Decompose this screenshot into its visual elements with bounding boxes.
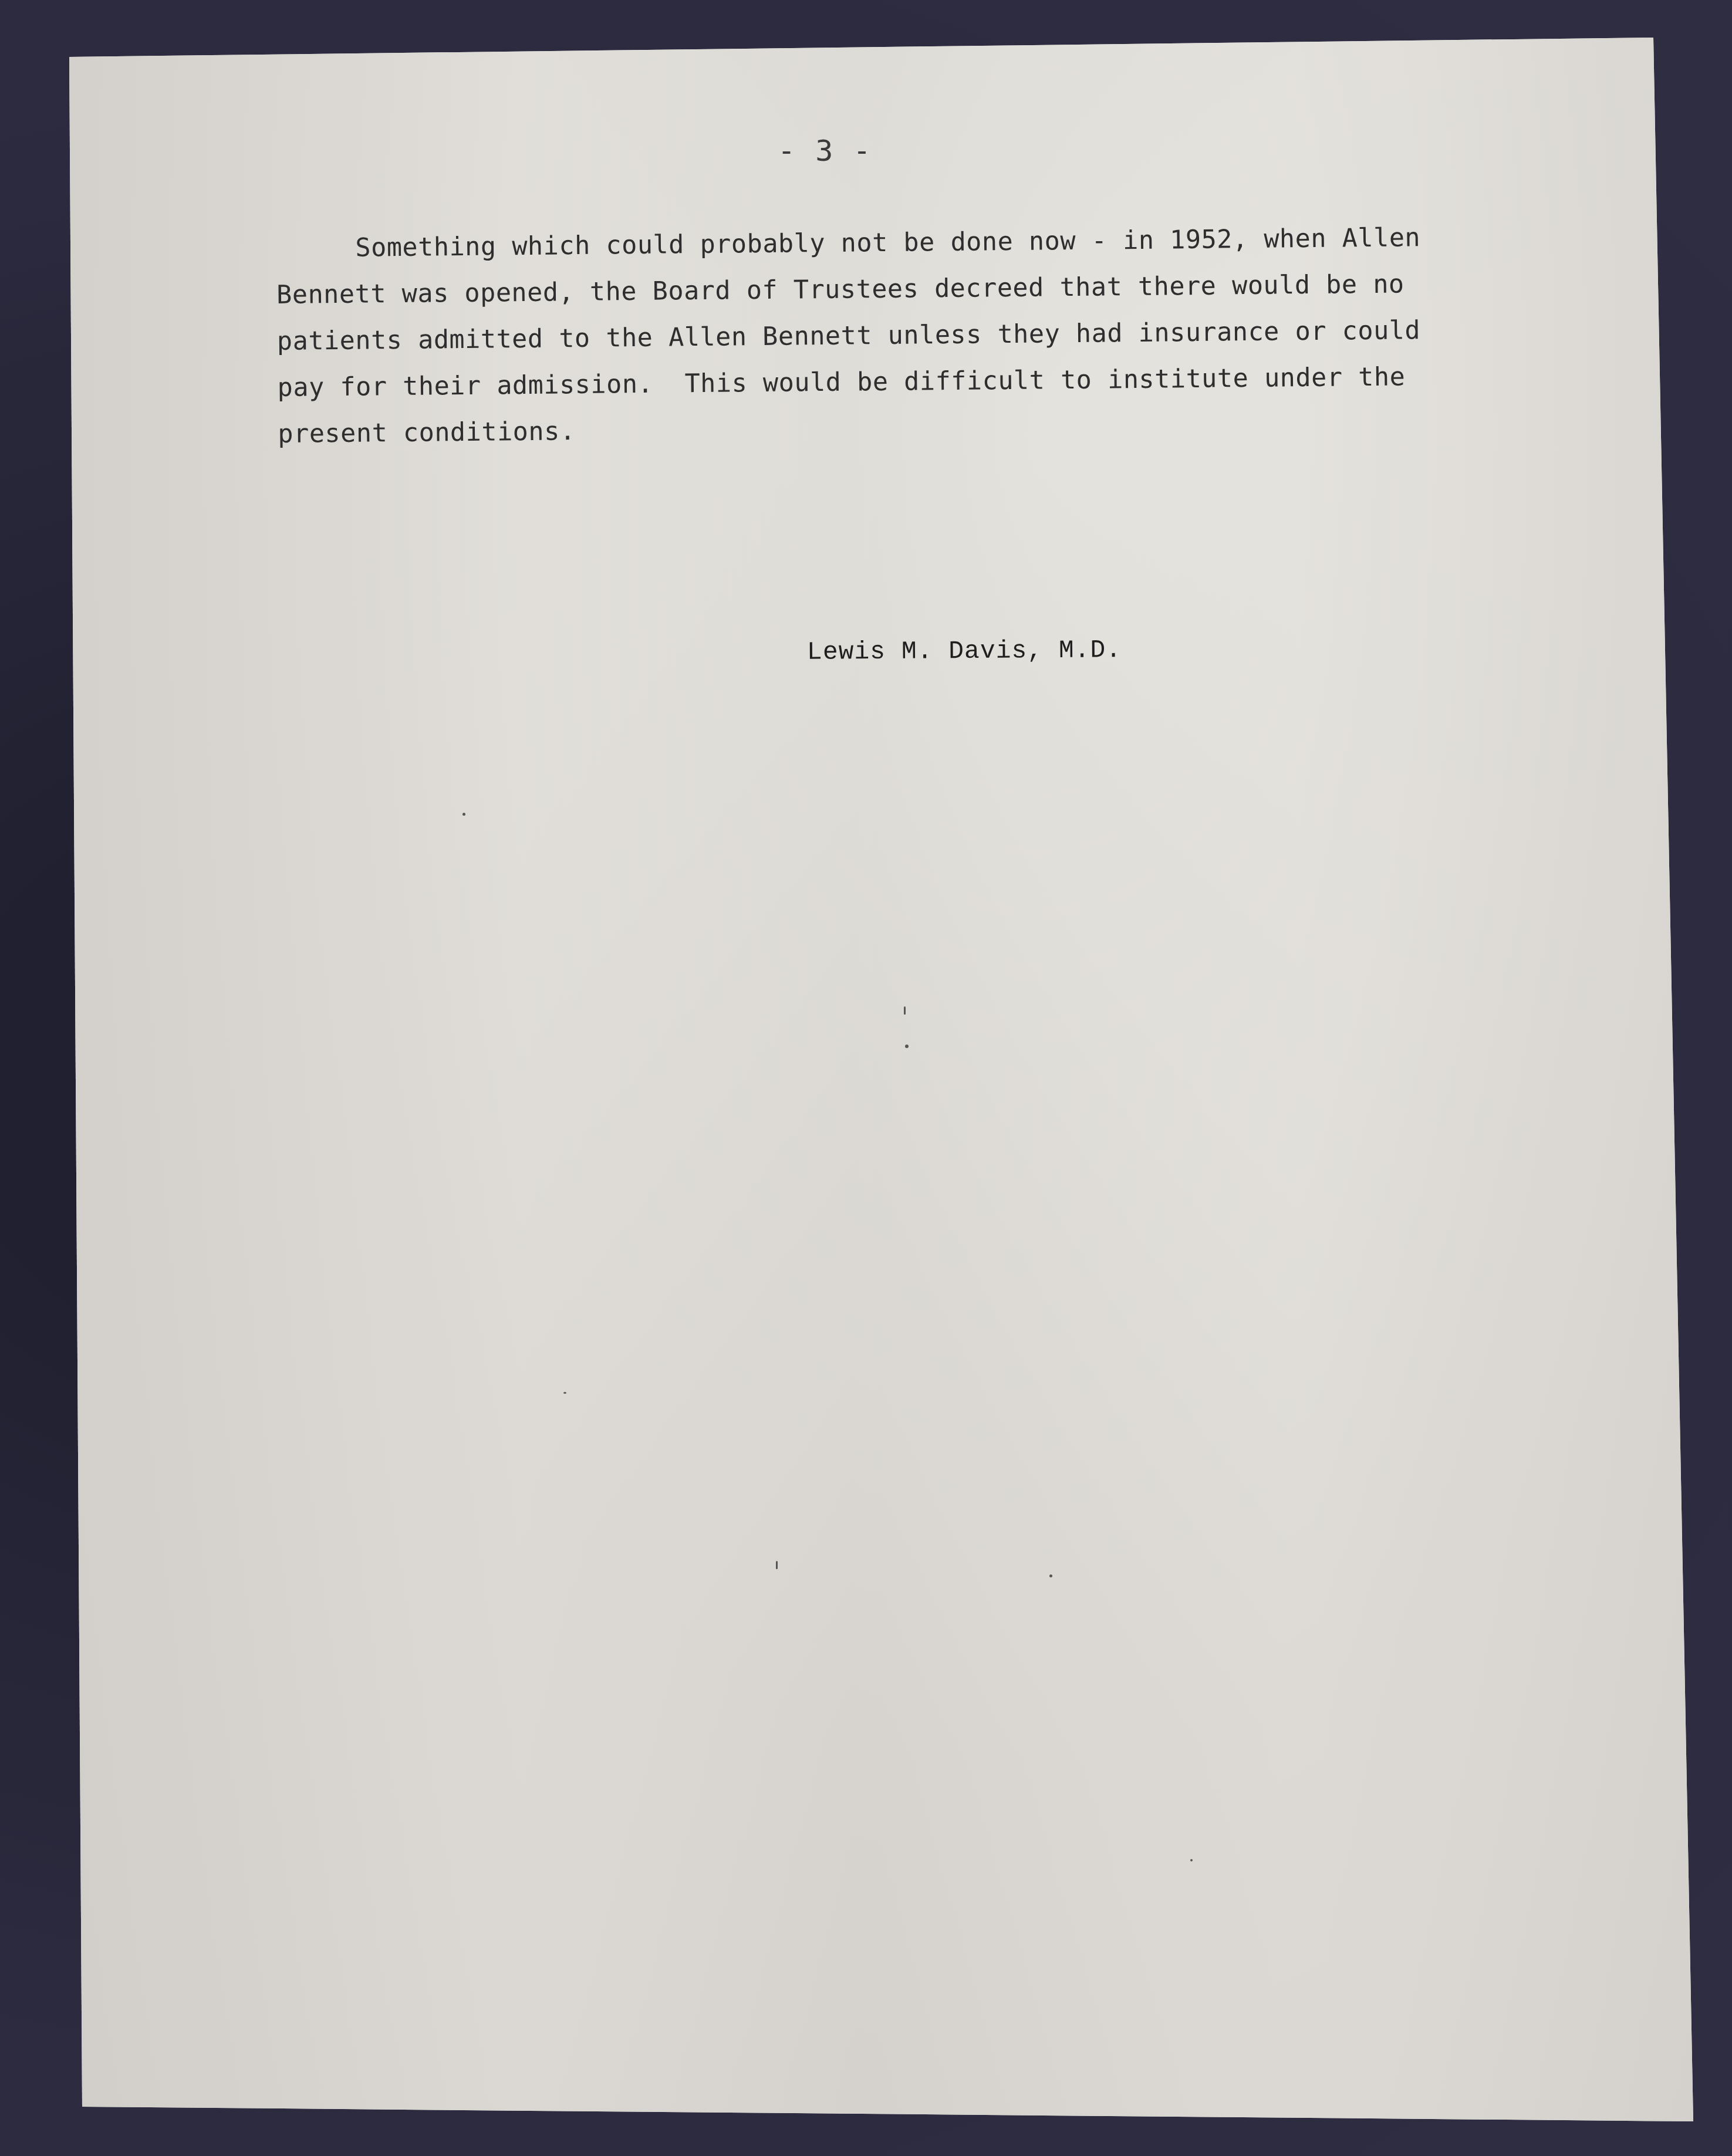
paper-speck xyxy=(462,813,465,816)
paper-speck xyxy=(1049,1574,1052,1577)
paper-speck xyxy=(1190,1859,1193,1861)
page-number: - 3 - xyxy=(778,134,872,168)
paper-speck xyxy=(905,1045,909,1048)
paper-speck xyxy=(776,1561,778,1569)
paper-speck xyxy=(904,1006,906,1015)
paper-speck xyxy=(563,1392,566,1394)
signature: Lewis M. Davis, M.D. xyxy=(807,636,1122,667)
body-paragraph: Something which could probably not be do… xyxy=(276,215,1429,458)
